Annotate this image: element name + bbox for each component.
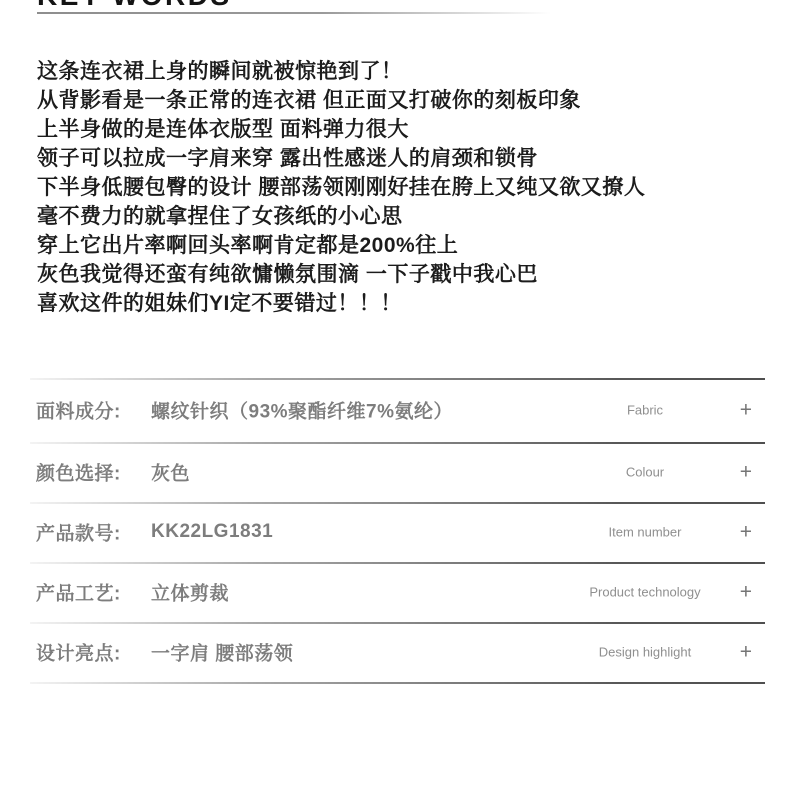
title-underline xyxy=(37,12,556,14)
expand-plus-icon[interactable]: + xyxy=(740,522,752,543)
spec-row-product-technology: 产品工艺: 立体剪裁 Product technology + xyxy=(30,562,765,622)
spec-label: 产品工艺: xyxy=(36,579,121,606)
spec-table: 面料成分: 螺纹针织（93%聚酯纤维7%氨纶） Fabric + 颜色选择: 灰… xyxy=(30,378,765,682)
spec-en-label: Item number xyxy=(525,525,765,540)
expand-plus-icon[interactable]: + xyxy=(740,400,752,421)
row-divider xyxy=(30,442,765,444)
description-line: 灰色我觉得还蛮有纯欲慵懒氛围滴 一下子戳中我心巴 xyxy=(37,260,767,289)
expand-plus-icon[interactable]: + xyxy=(740,462,752,483)
spec-value: 灰色 xyxy=(151,459,190,486)
description-line: 领子可以拉成一字肩来穿 露出性感迷人的肩颈和锁骨 xyxy=(37,144,767,173)
description-line: 上半身做的是连体衣版型 面料弹力很大 xyxy=(37,115,767,144)
spec-en-label: Design highlight xyxy=(525,645,765,660)
row-divider xyxy=(30,378,765,380)
expand-plus-icon[interactable]: + xyxy=(740,642,752,663)
row-divider xyxy=(30,502,765,504)
description-line: 从背影看是一条正常的连衣裙 但正面又打破你的刻板印象 xyxy=(37,86,767,115)
spec-label: 颜色选择: xyxy=(36,459,121,486)
spec-label: 设计亮点: xyxy=(36,639,121,666)
table-bottom-divider xyxy=(30,682,765,684)
spec-value: 一字肩 腰部荡领 xyxy=(151,639,293,666)
description-line: 这条连衣裙上身的瞬间就被惊艳到了！ xyxy=(37,57,767,86)
description-line: 穿上它出片率啊回头率啊肯定都是200%往上 xyxy=(37,231,767,260)
spec-row-item-number: 产品款号: KK22LG1831 Item number + xyxy=(30,502,765,562)
spec-value: 立体剪裁 xyxy=(151,579,229,606)
spec-row-design-highlight: 设计亮点: 一字肩 腰部荡领 Design highlight + xyxy=(30,622,765,682)
row-divider xyxy=(30,562,765,564)
row-divider xyxy=(30,622,765,624)
spec-row-colour: 颜色选择: 灰色 Colour + xyxy=(30,442,765,502)
spec-row-fabric: 面料成分: 螺纹针织（93%聚酯纤维7%氨纶） Fabric + xyxy=(30,378,765,442)
spec-value: KK22LG1831 xyxy=(151,521,273,543)
spec-en-label: Colour xyxy=(525,465,765,480)
expand-plus-icon[interactable]: + xyxy=(740,582,752,603)
description-line: 毫不费力的就拿捏住了女孩纸的小心思 xyxy=(37,202,767,231)
description-line: 喜欢这件的姐妹们YI定不要错过！！！ xyxy=(37,289,767,318)
page-title: KEY WORDS xyxy=(37,0,232,12)
spec-label: 面料成分: xyxy=(36,397,121,424)
product-description: 这条连衣裙上身的瞬间就被惊艳到了！ 从背影看是一条正常的连衣裙 但正面又打破你的… xyxy=(37,57,767,318)
description-line: 下半身低腰包臀的设计 腰部荡领刚刚好挂在胯上又纯又欲又撩人 xyxy=(37,173,767,202)
spec-value: 螺纹针织（93%聚酯纤维7%氨纶） xyxy=(151,397,453,424)
spec-en-label: Fabric xyxy=(525,403,765,418)
spec-en-label: Product technology xyxy=(525,585,765,600)
spec-label: 产品款号: xyxy=(36,519,121,546)
